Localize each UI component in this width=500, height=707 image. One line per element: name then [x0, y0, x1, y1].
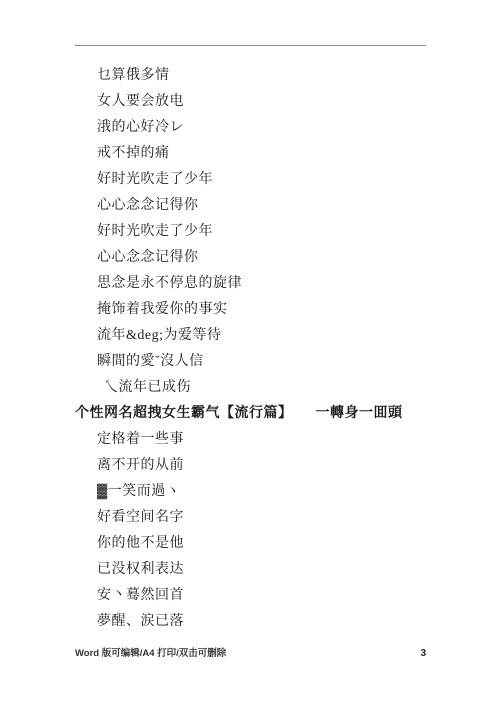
nickname-line: 心心念念记得你: [0, 243, 500, 269]
nickname-line: 好时光吹走了少年: [0, 165, 500, 191]
nickname-line: 戒不掉的痛: [0, 139, 500, 165]
nickname-line: 女人要会放电: [0, 87, 500, 113]
page-divider-line: [75, 45, 426, 46]
nickname-line: 瞬間的愛ˇ沒人信: [0, 347, 500, 373]
nickname-line: 心心念念记得你: [0, 191, 500, 217]
section-title: 个性网名超拽女生霸气【流行篇】 一轉身一囬頭: [0, 399, 500, 425]
nickname-line: 好时光吹走了少年: [0, 217, 500, 243]
nickname-line: 好看空间名字: [0, 503, 500, 529]
nickname-line: ▓一笑而過ヽ: [0, 477, 500, 503]
nickname-line: 定格着一些事: [0, 425, 500, 451]
nickname-line: 已没权利表达: [0, 555, 500, 581]
document-page: 乜算俄多情 女人要会放电 涐的心好冷レ 戒不掉的痛 好时光吹走了少年 心心念念记…: [0, 0, 500, 707]
nickname-line: 离不开的从前: [0, 451, 500, 477]
nickname-line: 思念是永不停息的旋律: [0, 269, 500, 295]
nickname-line: 乜算俄多情: [0, 61, 500, 87]
section-title-sub: 一轉身一囬頭: [316, 402, 403, 422]
nickname-line: 夢醒、涙已落: [0, 607, 500, 633]
nickname-line: 乀流年已成伤: [0, 373, 500, 399]
nickname-line: 掩饰着我爱你的事实: [0, 295, 500, 321]
nickname-line: 涐的心好冷レ: [0, 113, 500, 139]
page-number: 3: [420, 648, 426, 659]
page-footer: Word 版可编辑/A4 打印/双击可删除 3: [75, 645, 426, 659]
nickname-line: 流年&deg;为爱等待: [0, 321, 500, 347]
section-title-main: 个性网名超拽女生霸气【流行篇】: [75, 402, 293, 422]
nickname-list: 乜算俄多情 女人要会放电 涐的心好冷レ 戒不掉的痛 好时光吹走了少年 心心念念记…: [0, 61, 500, 633]
nickname-line: 你的他不是他: [0, 529, 500, 555]
footer-note[interactable]: Word 版可编辑/A4 打印/双击可删除: [75, 645, 226, 659]
nickname-line: 安丶蓦然回首: [0, 581, 500, 607]
